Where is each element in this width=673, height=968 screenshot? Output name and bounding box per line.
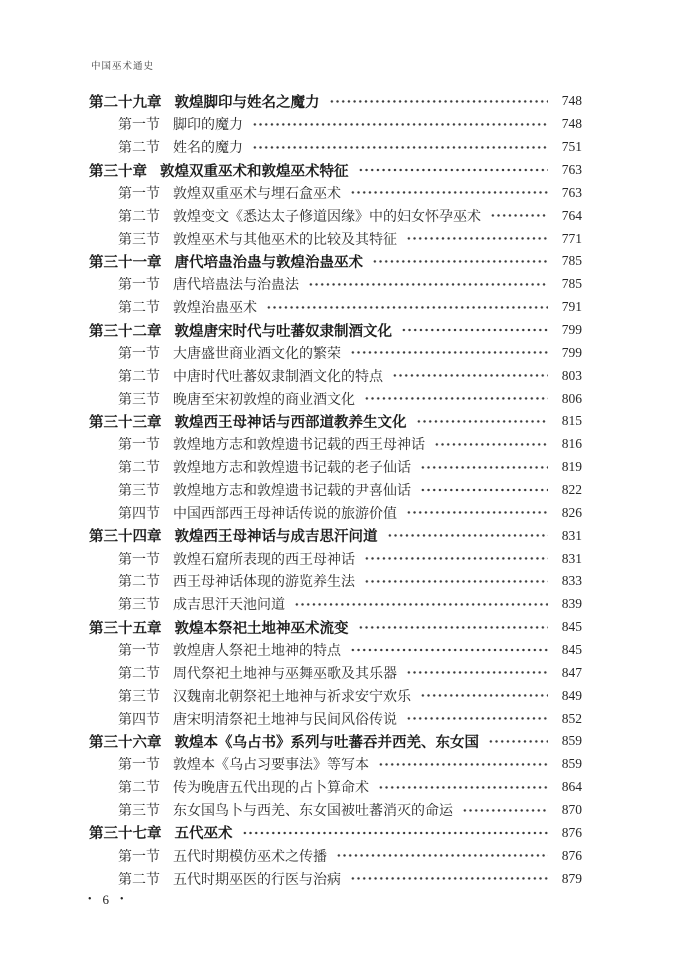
- toc-entry-page: 864: [555, 779, 582, 795]
- dot-leader: [294, 593, 548, 616]
- toc-entry-label: 第四节: [118, 709, 160, 729]
- dot-leader: [420, 684, 548, 707]
- dot-leader: [242, 822, 549, 845]
- toc-entry-page: 833: [555, 573, 582, 589]
- toc-entry: 第一节 五代时期模仿巫术之传播 876: [89, 844, 582, 867]
- toc-entry-label: 第三节: [118, 800, 160, 820]
- toc-entry-page: 815: [555, 413, 582, 429]
- toc-entry-label: 第三十章: [89, 160, 147, 181]
- toc-entry: 第二节 传为晚唐五代出现的占卜算命术 864: [89, 776, 582, 799]
- toc-entry-title: 敦煌地方志和敦煌遗书记载的尹喜仙话: [173, 480, 411, 500]
- toc-entry: 第三十六章 敦煌本《乌占书》系列与吐蕃吞并西羌、东女国 859: [89, 730, 582, 753]
- toc-entry-title: 唐代培蛊治蛊与敦煌治蛊巫术: [175, 251, 364, 272]
- toc-entry-page: 799: [555, 345, 582, 361]
- toc-entry-title: 敦煌唐宋时代与吐蕃奴隶制酒文化: [175, 320, 393, 341]
- toc-entry: 第三十二章 敦煌唐宋时代与吐蕃奴隶制酒文化 799: [89, 319, 582, 342]
- toc-entry-label: 第三十七章: [89, 822, 162, 843]
- toc-entry-title: 成吉思汗天池问道: [173, 594, 285, 614]
- dot-leader: [387, 524, 549, 547]
- toc-entry-label: 第一节: [118, 274, 160, 294]
- toc-entry: 第三十四章 敦煌西王母神话与成吉思汗问道 831: [89, 524, 582, 547]
- toc-entry: 第一节 敦煌地方志和敦煌遗书记载的西王母神话 816: [89, 433, 582, 456]
- toc-entry: 第三十章 敦煌双重巫术和敦煌巫术特征 763: [89, 159, 582, 182]
- toc-entry-page: 785: [555, 253, 582, 269]
- toc-entry-label: 第三节: [118, 389, 160, 409]
- toc-entry-label: 第二节: [118, 777, 160, 797]
- toc-entry-label: 第二节: [118, 663, 160, 683]
- page-footer: • 6 •: [88, 892, 124, 908]
- toc-entry: 第二节 敦煌治蛊巫术 791: [89, 296, 582, 319]
- toc-entry-page: 852: [555, 711, 582, 727]
- toc-entry-title: 脚印的魔力: [173, 114, 243, 134]
- toc-entry-page: 799: [555, 322, 582, 338]
- toc-entry-label: 第三十六章: [89, 731, 162, 752]
- toc-entry-page: 748: [555, 116, 582, 132]
- toc-entry-page: 879: [555, 871, 582, 887]
- dot-leader: [406, 227, 548, 250]
- toc-entry-label: 第二节: [118, 137, 160, 157]
- toc-entry-label: 第三节: [118, 686, 160, 706]
- running-header-book-title: 中国巫术通史: [91, 58, 154, 72]
- toc-entry: 第三节 敦煌地方志和敦煌遗书记载的尹喜仙话 822: [89, 479, 582, 502]
- toc-entry-label: 第一节: [118, 846, 160, 866]
- toc-entry-page: 785: [555, 276, 582, 292]
- toc-entry-page: 764: [555, 208, 582, 224]
- dot-leader: [350, 341, 548, 364]
- dot-leader: [372, 250, 548, 273]
- dot-leader: [364, 570, 548, 593]
- dot-leader: [252, 136, 548, 159]
- toc-entry-label: 第一节: [118, 640, 160, 660]
- dot-leader: [308, 273, 548, 296]
- toc-entry: 第一节 大唐盛世商业酒文化的繁荣 799: [89, 341, 582, 364]
- toc-entry-page: 806: [555, 391, 582, 407]
- dot-leader: [358, 616, 549, 639]
- toc-entry-title: 周代祭祀土地神与巫舞巫歌及其乐器: [173, 663, 397, 683]
- toc-entry-page: 845: [555, 642, 582, 658]
- toc-entry-title: 敦煌唐人祭祀土地神的特点: [173, 640, 341, 660]
- toc-entry: 第四节 中国西部西王母神话传说的旅游价值 826: [89, 501, 582, 524]
- dot-leader: [350, 639, 548, 662]
- dot-leader: [350, 181, 548, 204]
- toc-entry-title: 敦煌变文《悉达太子修道因缘》中的妇女怀孕巫术: [173, 206, 481, 226]
- toc-entry-title: 中国西部西王母神话传说的旅游价值: [173, 503, 397, 523]
- toc-entry-page: 763: [555, 162, 582, 178]
- dot-leader: [378, 753, 548, 776]
- dot-leader: [420, 456, 548, 479]
- toc-entry-page: 876: [555, 825, 582, 841]
- toc-entry-page: 870: [555, 802, 582, 818]
- toc-entry-title: 敦煌地方志和敦煌遗书记载的西王母神话: [173, 434, 425, 454]
- toc-entry-label: 第二节: [118, 457, 160, 477]
- toc-entry-page: 791: [555, 299, 582, 315]
- toc-entry-title: 敦煌本祭祀土地神巫术流变: [175, 617, 349, 638]
- toc-entry: 第三十七章 五代巫术 876: [89, 822, 582, 845]
- toc-entry-title: 唐宋明清祭祀土地神与民间风俗传说: [173, 709, 397, 729]
- dot-leader: [336, 844, 548, 867]
- toc-entry-label: 第三十一章: [89, 251, 162, 272]
- toc-entry: 第三节 东女国鸟卜与西羌、东女国被吐蕃消灭的命运 870: [89, 799, 582, 822]
- toc-entry-label: 第一节: [118, 434, 160, 454]
- toc-entry-title: 敦煌本《乌占书》系列与吐蕃吞并西羌、东女国: [175, 731, 480, 752]
- dot-leader: [406, 501, 548, 524]
- toc-entry-page: 822: [555, 482, 582, 498]
- toc-entry: 第三十一章 唐代培蛊治蛊与敦煌治蛊巫术 785: [89, 250, 582, 273]
- toc-entry-title: 唐代培蛊法与治蛊法: [173, 274, 299, 294]
- toc-entry-page: 803: [555, 368, 582, 384]
- toc-entry: 第三十五章 敦煌本祭祀土地神巫术流变 845: [89, 616, 582, 639]
- dot-leader: [350, 867, 548, 890]
- toc-entry-page: 826: [555, 505, 582, 521]
- toc-entry: 第一节 敦煌石窟所表现的西王母神话 831: [89, 547, 582, 570]
- toc-entry: 第三节 汉魏南北朝祭祀土地神与祈求安宁欢乐 849: [89, 684, 582, 707]
- toc-entry: 第一节 唐代培蛊法与治蛊法 785: [89, 273, 582, 296]
- toc-entry: 第四节 唐宋明清祭祀土地神与民间风俗传说 852: [89, 707, 582, 730]
- toc-entry-page: 876: [555, 848, 582, 864]
- toc-entry: 第三节 晚唐至宋初敦煌的商业酒文化 806: [89, 387, 582, 410]
- toc-entry-label: 第三节: [118, 229, 160, 249]
- toc-entry-label: 第三十二章: [89, 320, 162, 341]
- toc-entry: 第一节 脚印的魔力 748: [89, 113, 582, 136]
- toc-entry-page: 845: [555, 619, 582, 635]
- toc-list: 第二十九章 敦煌脚印与姓名之魔力 748 第一节 脚印的魔力 748 第二节 姓…: [89, 90, 582, 890]
- toc-entry-title: 传为晚唐五代出现的占卜算命术: [173, 777, 369, 797]
- toc-entry-label: 第一节: [118, 114, 160, 134]
- toc-entry-label: 第二节: [118, 206, 160, 226]
- toc-entry: 第二十九章 敦煌脚印与姓名之魔力 748: [89, 90, 582, 113]
- toc-entry-title: 晚唐至宋初敦煌的商业酒文化: [173, 389, 355, 409]
- toc-entry-title: 中唐时代吐蕃奴隶制酒文化的特点: [173, 366, 383, 386]
- dot-leader: [462, 799, 548, 822]
- dot-leader: [392, 364, 548, 387]
- toc-entry-page: 763: [555, 185, 582, 201]
- dot-leader: [364, 387, 548, 410]
- dot-leader: [401, 319, 548, 342]
- dot-leader: [378, 776, 548, 799]
- dot-leader: [266, 296, 548, 319]
- toc-entry-title: 五代时期巫医的行医与治病: [173, 869, 341, 889]
- dot-leader: [329, 90, 549, 113]
- toc-entry: 第二节 敦煌变文《悉达太子修道因缘》中的妇女怀孕巫术 764: [89, 204, 582, 227]
- toc-entry-title: 敦煌双重巫术与埋石盒巫术: [173, 183, 341, 203]
- dot-leader: [434, 433, 548, 456]
- toc-entry-page: 748: [555, 93, 582, 109]
- dot-leader: [488, 730, 548, 753]
- toc-entry: 第三节 成吉思汗天池问道 839: [89, 593, 582, 616]
- dot-leader: [490, 204, 548, 227]
- toc-entry-page: 831: [555, 551, 582, 567]
- toc-entry: 第三十三章 敦煌西王母神话与西部道教养生文化 815: [89, 410, 582, 433]
- book-page: 中国巫术通史 第二十九章 敦煌脚印与姓名之魔力 748 第一节 脚印的魔力 74…: [0, 0, 673, 968]
- toc-entry-page: 859: [555, 733, 582, 749]
- toc-entry-label: 第三节: [118, 480, 160, 500]
- toc-entry-title: 汉魏南北朝祭祀土地神与祈求安宁欢乐: [173, 686, 411, 706]
- toc-entry-title: 大唐盛世商业酒文化的繁荣: [173, 343, 341, 363]
- toc-entry-title: 五代巫术: [175, 822, 233, 843]
- toc-entry-title: 敦煌西王母神话与成吉思汗问道: [175, 525, 378, 546]
- toc-entry: 第一节 敦煌双重巫术与埋石盒巫术 763: [89, 181, 582, 204]
- dot-leader: [416, 410, 549, 433]
- toc-entry-label: 第一节: [118, 754, 160, 774]
- toc-entry-page: 849: [555, 688, 582, 704]
- toc-entry: 第一节 敦煌唐人祭祀土地神的特点 845: [89, 639, 582, 662]
- toc-entry-label: 第三十五章: [89, 617, 162, 638]
- toc-entry-label: 第一节: [118, 549, 160, 569]
- dot-leader: [358, 159, 549, 182]
- toc-entry-page: 859: [555, 756, 582, 772]
- toc-entry-label: 第二节: [118, 571, 160, 591]
- toc-entry-title: 五代时期模仿巫术之传播: [173, 846, 327, 866]
- toc-entry: 第二节 敦煌地方志和敦煌遗书记载的老子仙话 819: [89, 456, 582, 479]
- toc-entry-title: 敦煌脚印与姓名之魔力: [175, 91, 320, 112]
- footer-right-bullet-icon: •: [120, 895, 124, 905]
- toc-entry-title: 敦煌巫术与其他巫术的比较及其特征: [173, 229, 397, 249]
- toc-entry: 第一节 敦煌本《乌占习要事法》等写本 859: [89, 753, 582, 776]
- toc-entry: 第二节 五代时期巫医的行医与治病 879: [89, 867, 582, 890]
- toc-entry-label: 第三十四章: [89, 525, 162, 546]
- toc-entry-label: 第一节: [118, 343, 160, 363]
- toc-entry-page: 771: [555, 231, 582, 247]
- toc-entry-title: 敦煌石窟所表现的西王母神话: [173, 549, 355, 569]
- toc-entry: 第二节 周代祭祀土地神与巫舞巫歌及其乐器 847: [89, 661, 582, 684]
- dot-leader: [420, 479, 548, 502]
- toc-entry: 第二节 姓名的魔力 751: [89, 136, 582, 159]
- footer-page-number: 6: [103, 892, 110, 908]
- toc-entry-label: 第三十三章: [89, 411, 162, 432]
- dot-leader: [252, 113, 548, 136]
- toc-entry-label: 第二节: [118, 869, 160, 889]
- toc-entry-title: 东女国鸟卜与西羌、东女国被吐蕃消灭的命运: [173, 800, 453, 820]
- toc-entry-label: 第二节: [118, 366, 160, 386]
- toc-entry: 第二节 中唐时代吐蕃奴隶制酒文化的特点 803: [89, 364, 582, 387]
- toc-entry-page: 847: [555, 665, 582, 681]
- toc-entry-label: 第二节: [118, 297, 160, 317]
- toc-entry: 第三节 敦煌巫术与其他巫术的比较及其特征 771: [89, 227, 582, 250]
- toc-entry-title: 敦煌本《乌占习要事法》等写本: [173, 754, 369, 774]
- toc-entry-title: 敦煌西王母神话与西部道教养生文化: [175, 411, 407, 432]
- toc-entry-page: 839: [555, 596, 582, 612]
- toc-entry-label: 第四节: [118, 503, 160, 523]
- toc-entry-title: 敦煌治蛊巫术: [173, 297, 257, 317]
- toc-entry-page: 816: [555, 436, 582, 452]
- toc-entry-label: 第二十九章: [89, 91, 162, 112]
- toc-entry-page: 751: [555, 139, 582, 155]
- toc-entry-title: 敦煌双重巫术和敦煌巫术特征: [160, 160, 349, 181]
- toc-entry-title: 敦煌地方志和敦煌遗书记载的老子仙话: [173, 457, 411, 477]
- toc-entry: 第二节 西王母神话体现的游览养生法 833: [89, 570, 582, 593]
- toc-entry-page: 819: [555, 459, 582, 475]
- footer-left-bullet-icon: •: [88, 895, 92, 905]
- toc-entry-page: 831: [555, 528, 582, 544]
- toc-entry-label: 第三节: [118, 594, 160, 614]
- dot-leader: [406, 707, 548, 730]
- toc-entry-label: 第一节: [118, 183, 160, 203]
- toc-entry-title: 西王母神话体现的游览养生法: [173, 571, 355, 591]
- dot-leader: [364, 547, 548, 570]
- toc-entry-title: 姓名的魔力: [173, 137, 243, 157]
- dot-leader: [406, 661, 548, 684]
